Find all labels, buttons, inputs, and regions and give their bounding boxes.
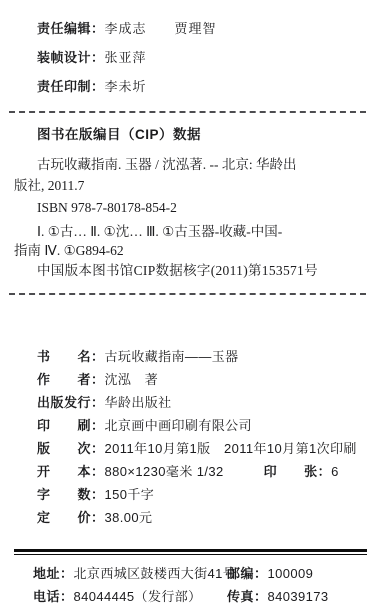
author-name: 沈泓 著 xyxy=(105,372,159,387)
cip-catalog-entry: 古玩收藏指南. 玉器 / 沈泓著. -- 北京: 华龄出 版社, 2011.7 xyxy=(0,154,375,196)
cip-title: 图书在版编目（CIP）数据 xyxy=(0,125,375,145)
cip-data-block: 图书在版编目（CIP）数据 古玩收藏指南. 玉器 / 沈泓著. -- 北京: 华… xyxy=(0,125,375,281)
pub-info-row-printer: 印 刷：北京画中画印刷有限公司 xyxy=(37,414,375,437)
double-rule xyxy=(14,549,367,555)
sheets-count: 6 xyxy=(331,464,339,479)
pub-info-label: 版 次： xyxy=(37,441,105,456)
cip-class-line1: Ⅰ. ①古… Ⅱ. ①沈… Ⅲ. ①古玉器-收藏-中国- xyxy=(0,222,375,241)
price: 38.00元 xyxy=(105,510,153,525)
staff-role-label: 责任编辑： xyxy=(37,21,105,36)
staff-row: 责任编辑：李成志 贾理智 xyxy=(37,14,375,43)
postcode-pair: 邮编：100009 xyxy=(227,562,313,585)
publisher-name: 华龄出版社 xyxy=(105,395,172,410)
dashed-divider-top xyxy=(9,111,366,113)
postcode-value: 100009 xyxy=(268,566,314,581)
phone-value: 84044445（发行部） xyxy=(74,589,202,604)
cip-classification: Ⅰ. ①古… Ⅱ. ①沈… Ⅲ. ①古玉器-收藏-中国- 指南 Ⅳ. ①G894… xyxy=(0,222,375,260)
pub-info-row-wordcount: 字 数：150千字 xyxy=(37,483,375,506)
address-label: 地址： xyxy=(33,566,74,581)
pub-info-row-publisher: 出版发行：华龄出版社 xyxy=(37,391,375,414)
pub-info-label: 定 价： xyxy=(37,510,105,525)
contact-row-address: 地址：北京西城区鼓楼西大街41号 邮编：100009 xyxy=(33,562,375,585)
cip-entry-line2: 版社, 2011.7 xyxy=(0,175,375,196)
staff-name: 张亚萍 xyxy=(105,50,147,65)
editorial-staff-block: 责任编辑：李成志 贾理智 装帧设计：张亚萍 责任印制：李未圻 xyxy=(0,14,375,101)
pub-info-label: 字 数： xyxy=(37,487,105,502)
edition-info: 2011年10月第1版 2011年10月第1次印刷 xyxy=(105,441,357,456)
contact-row-phone: 电话：84044445（发行部） 传真：84039173 xyxy=(33,585,375,606)
staff-name: 李未圻 xyxy=(105,79,147,94)
pub-info-row-format: 开 本：880×1230毫米 1/32印 张：6 xyxy=(37,460,375,483)
staff-row: 责任印制：李未圻 xyxy=(37,72,375,101)
fax-pair: 传真：84039173 xyxy=(227,585,329,606)
phone-pair: 电话：84044445（发行部） xyxy=(33,585,227,606)
printer-name: 北京画中画印刷有限公司 xyxy=(105,418,252,433)
address-pair: 地址：北京西城区鼓楼西大街41号 xyxy=(33,562,227,585)
pub-info-label: 印 刷： xyxy=(37,418,105,433)
pub-info-row-edition: 版 次：2011年10月第1版 2011年10月第1次印刷 xyxy=(37,437,375,460)
postcode-label: 邮编： xyxy=(227,566,268,581)
cip-class-line2: 指南 Ⅳ. ①G894-62 xyxy=(0,241,375,260)
staff-row: 装帧设计：张亚萍 xyxy=(37,43,375,72)
pub-info-label: 作 者： xyxy=(37,372,105,387)
book-copyright-page: 责任编辑：李成志 贾理智 装帧设计：张亚萍 责任印制：李未圻 图书在版编目（CI… xyxy=(0,0,375,606)
cip-record-number: 中国版本图书馆CIP数据核字(2011)第153571号 xyxy=(0,260,375,281)
staff-role-label: 责任印制： xyxy=(37,79,105,94)
cip-entry-line1: 古玩收藏指南. 玉器 / 沈泓著. -- 北京: 华龄出 xyxy=(0,154,375,175)
staff-name: 李成志 贾理智 xyxy=(105,21,217,36)
phone-label: 电话： xyxy=(33,589,74,604)
staff-role-label: 装帧设计： xyxy=(37,50,105,65)
pub-info-row-author: 作 者：沈泓 著 xyxy=(37,368,375,391)
book-title: 古玩收藏指南——玉器 xyxy=(105,349,239,364)
format-info: 880×1230毫米 1/32 xyxy=(105,464,224,479)
publisher-contact-block: 地址：北京西城区鼓楼西大街41号 邮编：100009 电话：84044445（发… xyxy=(0,562,375,606)
fax-label: 传真： xyxy=(227,589,268,604)
pub-info-label: 开 本： xyxy=(37,464,105,479)
fax-value: 84039173 xyxy=(268,589,329,604)
pub-info-label: 出版发行： xyxy=(37,395,105,410)
publication-info-block: 书 名：古玩收藏指南——玉器 作 者：沈泓 著 出版发行：华龄出版社 印 刷：北… xyxy=(0,345,375,529)
isbn-number: ISBN 978-7-80178-854-2 xyxy=(0,197,375,218)
pub-info-label: 书 名： xyxy=(37,349,105,364)
word-count: 150千字 xyxy=(105,487,155,502)
pub-info-row-price: 定 价：38.00元 xyxy=(37,506,375,529)
address-value: 北京西城区鼓楼西大街41号 xyxy=(74,566,237,581)
pub-info-row-title: 书 名：古玩收藏指南——玉器 xyxy=(37,345,375,368)
isbn-line: ISBN 978-7-80178-854-2 xyxy=(0,197,375,218)
dashed-divider-middle xyxy=(9,293,366,295)
pub-info-label: 印 张： xyxy=(264,464,332,479)
